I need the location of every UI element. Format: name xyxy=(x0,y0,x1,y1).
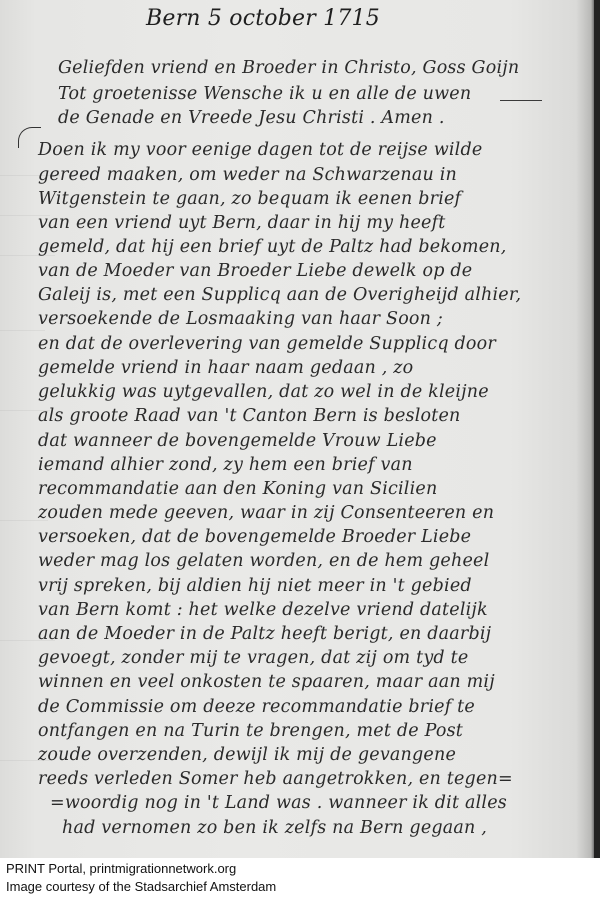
body-line: winnen en veel onkosten te spaaren, maar… xyxy=(38,672,495,692)
body-line: versoeken, dat de bovengemelde Broeder L… xyxy=(38,527,471,547)
body-line: dat wanneer de bovengemelde Vrouw Liebe xyxy=(38,431,437,451)
page: Bern 5 october 1715 Geliefden vriend en … xyxy=(0,0,600,901)
body-line: van een vriend uyt Bern, daar in hij my … xyxy=(38,213,446,233)
image-credit: PRINT Portal, printmigrationnetwork.org … xyxy=(6,860,276,896)
body-line: de Commissie om deeze recommandatie brie… xyxy=(38,697,475,717)
body-line: reeds verleden Somer heb aangetrokken, e… xyxy=(38,769,513,789)
body-line: gereed maaken, om weder na Schwarzenau i… xyxy=(38,165,457,185)
letter-date: Bern 5 october 1715 xyxy=(146,6,380,31)
page-edge-shadow xyxy=(594,0,600,858)
salutation-line: de Genade en Vreede Jesu Christi . Amen … xyxy=(58,108,445,128)
body-line: aan de Moeder in de Paltz heeft berigt, … xyxy=(38,624,491,644)
body-line: Galeij is, met een Supplicq aan de Overi… xyxy=(38,285,521,305)
body-line: als groote Raad van 't Canton Bern is be… xyxy=(38,406,461,426)
body-line: van de Moeder van Broeder Liebe dewelk o… xyxy=(38,261,472,281)
body-line: iemand alhier zond, zy hem een brief van xyxy=(38,455,413,475)
body-line: recommandatie aan den Koning van Sicilie… xyxy=(38,479,437,499)
body-line: =woordig nog in 't Land was . wanneer ik… xyxy=(50,793,507,813)
body-line: gemeld, dat hij een brief uyt de Paltz h… xyxy=(38,237,507,257)
body-line: ontfangen en na Turin te brengen, met de… xyxy=(38,721,463,741)
salutation-line: Geliefden vriend en Broeder in Christo, … xyxy=(58,58,519,78)
body-line: gevoegt, zonder mij te vragen, dat zij o… xyxy=(38,648,468,668)
body-line: Doen ik my voor eenige dagen tot de reij… xyxy=(38,140,482,160)
manuscript-scan: Bern 5 october 1715 Geliefden vriend en … xyxy=(0,0,600,858)
line-filler-dash xyxy=(500,100,542,101)
body-line: zouden mede geeven, waar in zij Consente… xyxy=(38,503,494,523)
body-line: gelukkig was uytgevallen, dat zo wel in … xyxy=(38,382,489,402)
body-line: van Bern komt : het welke dezelve vriend… xyxy=(38,600,488,620)
body-line: vrij spreken, bij aldien hij niet meer i… xyxy=(38,576,472,596)
body-line: Witgenstein te gaan, zo bequam ik eenen … xyxy=(38,189,461,209)
body-line: zoude overzenden, dewijl ik mij de gevan… xyxy=(38,745,456,765)
body-line: versoekende de Losmaaking van haar Soon … xyxy=(38,309,443,329)
body-line: en dat de overlevering van gemelde Suppl… xyxy=(38,334,496,354)
body-line: had vernomen zo ben ik zelfs na Bern geg… xyxy=(62,818,487,838)
body-line: gemelde vriend in haar naam gedaan , zo xyxy=(38,358,413,378)
salutation-line: Tot groetenisse Wensche ik u en alle de … xyxy=(58,84,471,104)
body-line: weder mag los gelaten worden, en de hem … xyxy=(38,551,489,571)
caption-source: PRINT Portal, printmigrationnetwork.org xyxy=(6,860,276,878)
caption-courtesy: Image courtesy of the Stadsarchief Amste… xyxy=(6,878,276,896)
